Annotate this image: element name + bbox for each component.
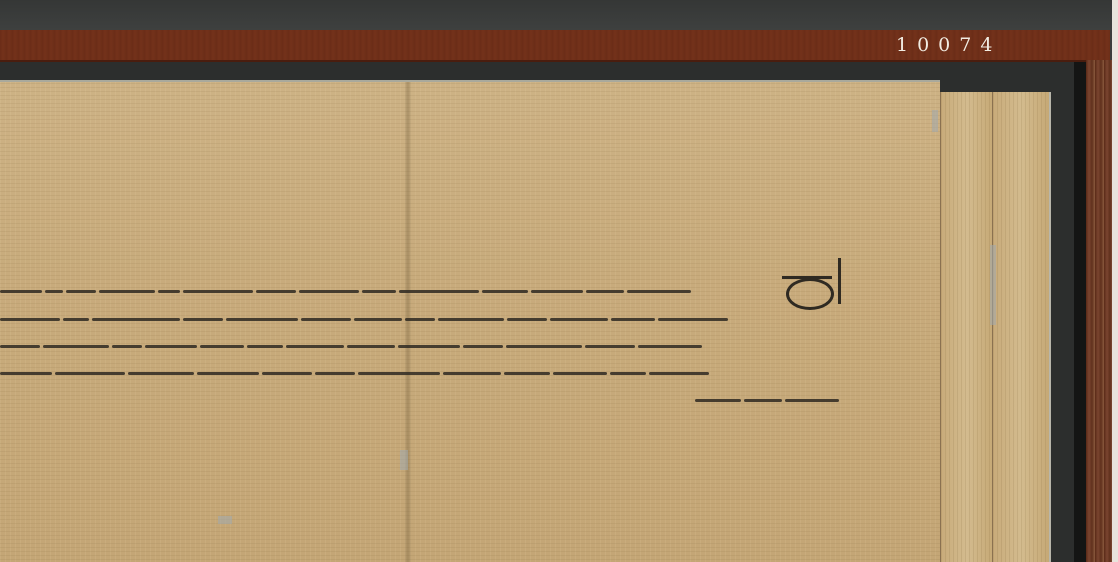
cartouche-glyph xyxy=(786,278,834,310)
hieratic-line-3 xyxy=(0,339,850,357)
conservation-stain xyxy=(400,450,408,470)
conservation-stain xyxy=(990,245,996,325)
papyrus-strip-end xyxy=(992,92,1051,562)
conservation-stain xyxy=(932,110,938,132)
papyrus-strip xyxy=(940,92,993,562)
staff-glyph xyxy=(838,258,841,304)
mat-shadow xyxy=(1074,62,1086,562)
image-edge xyxy=(1112,0,1118,562)
hieratic-line-2 xyxy=(0,312,840,330)
museum-number-label: 10074 xyxy=(896,34,1001,56)
frame-right-bar xyxy=(1086,60,1112,562)
hieratic-line-5 xyxy=(695,393,845,411)
hieratic-line-4 xyxy=(0,366,830,384)
cartouche-bar-glyph xyxy=(782,276,832,279)
background-top xyxy=(0,0,1118,30)
conservation-stain xyxy=(218,516,232,524)
hieratic-line-1 xyxy=(0,284,780,302)
